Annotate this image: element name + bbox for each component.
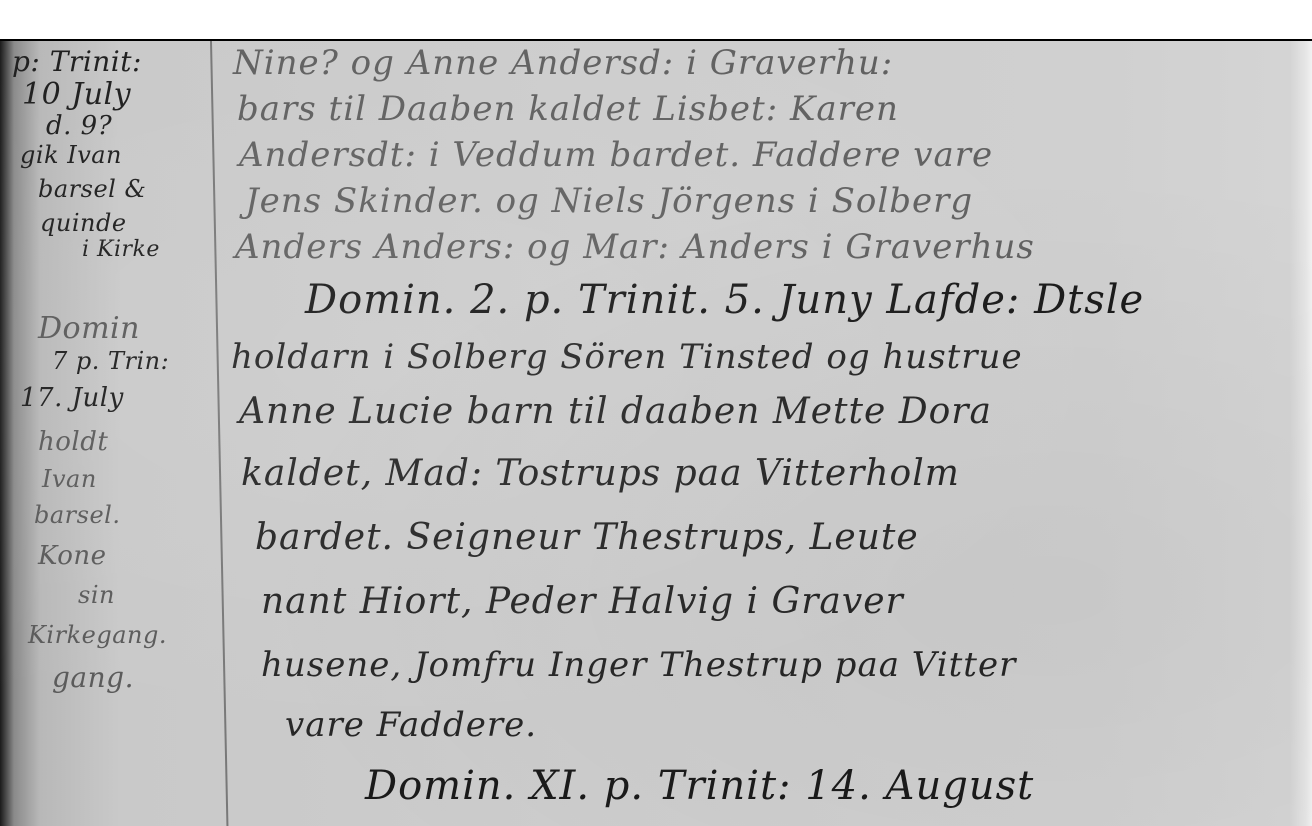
entry-line: kaldet, Mad: Tostrups paa Vitterholm: [241, 453, 960, 494]
entry-line-text: bars til Daaben kaldet Lisbet: Karen: [237, 89, 899, 129]
top-white-band: [0, 0, 1312, 39]
margin-line: Kone: [38, 541, 107, 571]
margin-line: sin: [78, 581, 115, 609]
margin-line: quinde: [40, 209, 127, 237]
entry-heading: Domin. 2. p. Trinit. 5. Juny Lafde: Dtsl…: [305, 277, 1144, 323]
margin-line: p: Trinit:: [12, 45, 142, 78]
margin-line: 17. July: [20, 383, 124, 413]
margin-line: 10 July: [22, 77, 131, 112]
margin-line: barsel &: [38, 175, 146, 203]
entry-line: nant Hiort, Peder Halvig i Graver: [261, 581, 904, 622]
entry-line: Anders Anders: og Mar: Anders i Graverhu…: [235, 227, 1035, 267]
margin-line: i Kirke: [82, 237, 160, 262]
entry-line: Jens Skinder. og Niels Jörgens i Solberg: [245, 181, 973, 221]
margin-line: barsel.: [34, 501, 120, 529]
margin-line: Kirkegang.: [28, 621, 167, 649]
entry-line: Anne Lucie barn til daaben Mette Dora: [239, 391, 992, 432]
register-page-scan: p: Trinit: 10 July d. 9? gik Ivan barsel…: [0, 39, 1312, 826]
margin-line: gik Ivan: [20, 141, 122, 169]
entry-line: holdarn i Solberg Sören Tinsted og hustr…: [231, 337, 1023, 377]
entry-line: bars til Daaben kaldet Lisbet: Karen: [237, 89, 899, 129]
margin-line: gang.: [52, 661, 134, 694]
margin-line: d. 9?: [46, 111, 112, 141]
margin-line: Ivan: [42, 465, 97, 493]
entry-line: Nine? og Anne Andersd: i Graverhu:: [233, 43, 893, 83]
entry-line: husene, Jomfru Inger Thestrup paa Vitter: [261, 645, 1016, 685]
entry-heading: Domin. XI. p. Trinit: 14. August: [365, 763, 1034, 809]
entry-line: vare Faddere.: [285, 705, 537, 745]
margin-line: Domin: [38, 311, 140, 346]
margin-line: 7 p. Trin:: [52, 347, 169, 375]
entry-line: bardet. Seigneur Thestrups, Leute: [255, 517, 919, 558]
entry-line: Andersdt: i Veddum bardet. Faddere vare: [239, 135, 993, 175]
entry-body: Nine? og Anne Andersd: i Graverhu: bars …: [225, 41, 1305, 826]
margin-line: holdt: [38, 427, 108, 457]
margin-column: p: Trinit: 10 July d. 9? gik Ivan barsel…: [8, 41, 208, 826]
